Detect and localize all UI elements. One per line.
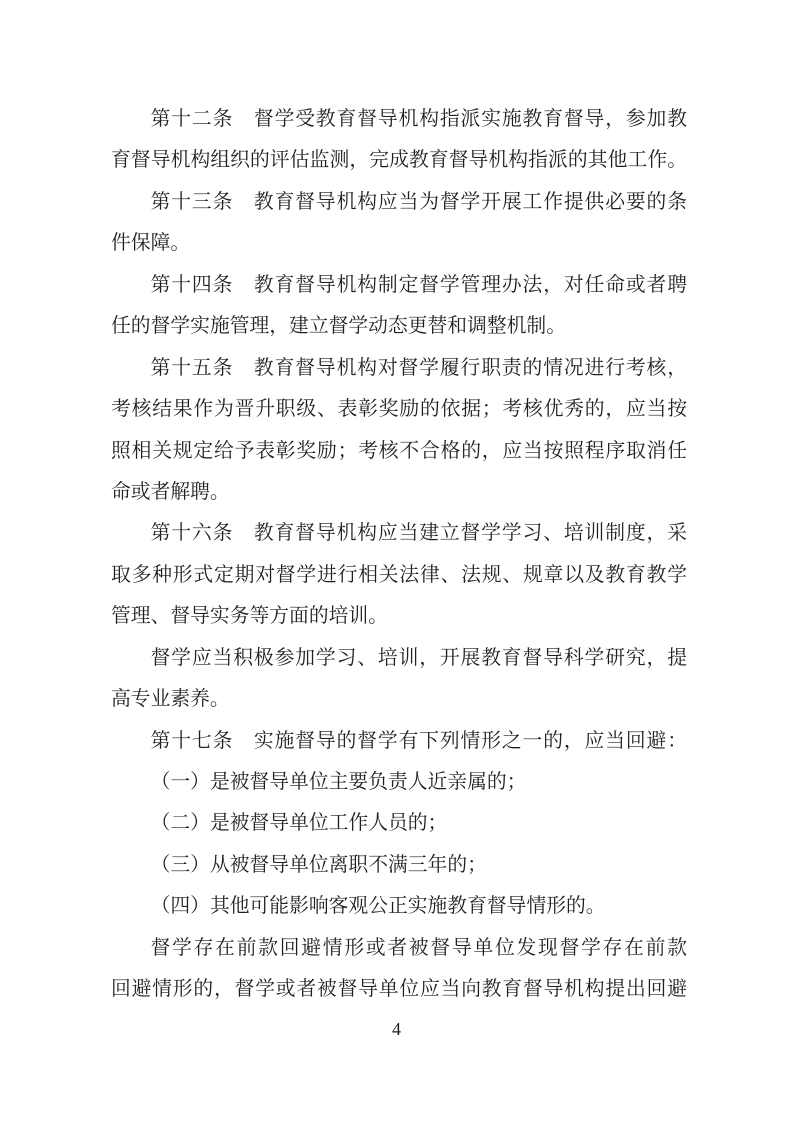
paragraph-line: 第十六条 教育督导机构应当建立督学学习、培训制度，采 [111,513,687,554]
paragraph-line: 第十三条 教育督导机构应当为督学开展工作提供必要的条 [111,182,687,223]
paragraph-line: 高专业素养。 [111,679,687,720]
paragraph: 第十二条 督学受教育督导机构指派实施教育督导，参加教育督导机构组织的评估监测，完… [111,99,687,182]
paragraph-line: 第十四条 教育督导机构制定督学管理办法，对任命或者聘 [111,265,687,306]
paragraph-line: 取多种形式定期对督学进行相关法律、法规、规章以及教育教学 [111,555,687,596]
paragraph-line: 第十七条 实施督导的督学有下列情形之一的，应当回避： [111,721,687,762]
paragraph: （四）其他可能影响客观公正实施教育督导情形的。 [111,886,687,927]
paragraph: 第十七条 实施督导的督学有下列情形之一的，应当回避： [111,721,687,762]
paragraph: 第十三条 教育督导机构应当为督学开展工作提供必要的条件保障。 [111,182,687,265]
paragraph-line: 育督导机构组织的评估监测，完成教育督导机构指派的其他工作。 [111,140,687,181]
paragraph-line: 督学存在前款回避情形或者被督导单位发现督学存在前款 [111,928,687,969]
paragraph-line: 考核结果作为晋升职级、表彰奖励的依据；考核优秀的，应当按 [111,389,687,430]
paragraph-line: 督学应当积极参加学习、培训，开展教育督导科学研究，提 [111,638,687,679]
paragraph: （三）从被督导单位离职不满三年的； [111,845,687,886]
page-number: 4 [0,1018,793,1040]
document-body: 第十二条 督学受教育督导机构指派实施教育督导，参加教育督导机构组织的评估监测，完… [111,99,687,1011]
paragraph-line: 管理、督导实务等方面的培训。 [111,596,687,637]
paragraph-line: 命或者解聘。 [111,472,687,513]
paragraph-line: （三）从被督导单位离职不满三年的； [111,845,687,886]
paragraph-line: （四）其他可能影响客观公正实施教育督导情形的。 [111,886,687,927]
paragraph: （二）是被督导单位工作人员的； [111,803,687,844]
document-page: 第十二条 督学受教育督导机构指派实施教育督导，参加教育督导机构组织的评估监测，完… [0,0,793,1122]
paragraph-line: 第十五条 教育督导机构对督学履行职责的情况进行考核， [111,348,687,389]
paragraph-line: 第十二条 督学受教育督导机构指派实施教育督导，参加教 [111,99,687,140]
paragraph-line: 照相关规定给予表彰奖励；考核不合格的，应当按照程序取消任 [111,431,687,472]
paragraph: 第十四条 教育督导机构制定督学管理办法，对任命或者聘任的督学实施管理，建立督学动… [111,265,687,348]
paragraph-line: （一）是被督导单位主要负责人近亲属的； [111,762,687,803]
paragraph: 第十六条 教育督导机构应当建立督学学习、培训制度，采取多种形式定期对督学进行相关… [111,513,687,637]
paragraph-line: 任的督学实施管理，建立督学动态更替和调整机制。 [111,306,687,347]
paragraph-line: 回避情形的，督学或者被督导单位应当向教育督导机构提出回避 [111,969,687,1010]
paragraph-line: （二）是被督导单位工作人员的； [111,803,687,844]
paragraph-line: 件保障。 [111,223,687,264]
paragraph: 督学应当积极参加学习、培训，开展教育督导科学研究，提高专业素养。 [111,638,687,721]
paragraph: 第十五条 教育督导机构对督学履行职责的情况进行考核，考核结果作为晋升职级、表彰奖… [111,348,687,514]
paragraph: 督学存在前款回避情形或者被督导单位发现督学存在前款回避情形的，督学或者被督导单位… [111,928,687,1011]
paragraph: （一）是被督导单位主要负责人近亲属的； [111,762,687,803]
